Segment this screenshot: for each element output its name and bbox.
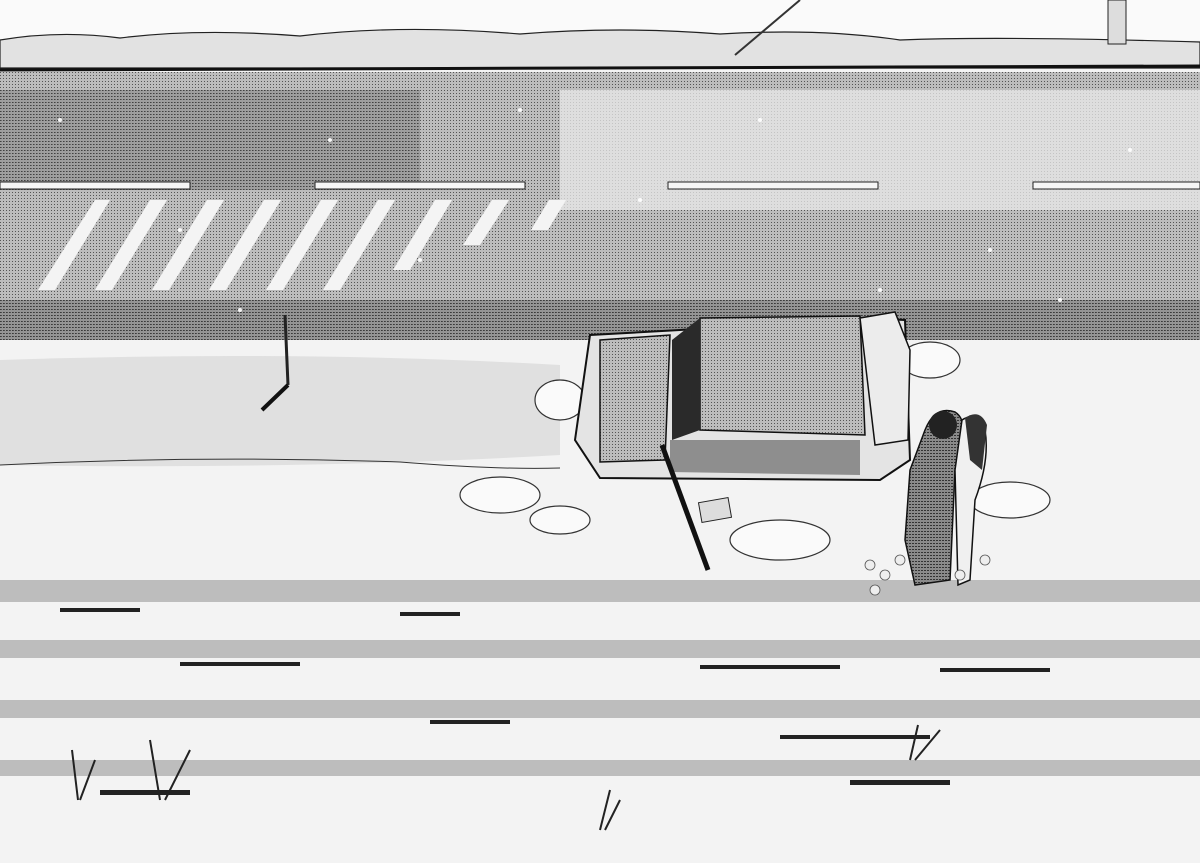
utility-pole — [1108, 0, 1126, 44]
snow-shadow — [0, 356, 560, 466]
manga-panel — [0, 0, 1200, 863]
scene-illustration — [0, 0, 1200, 863]
